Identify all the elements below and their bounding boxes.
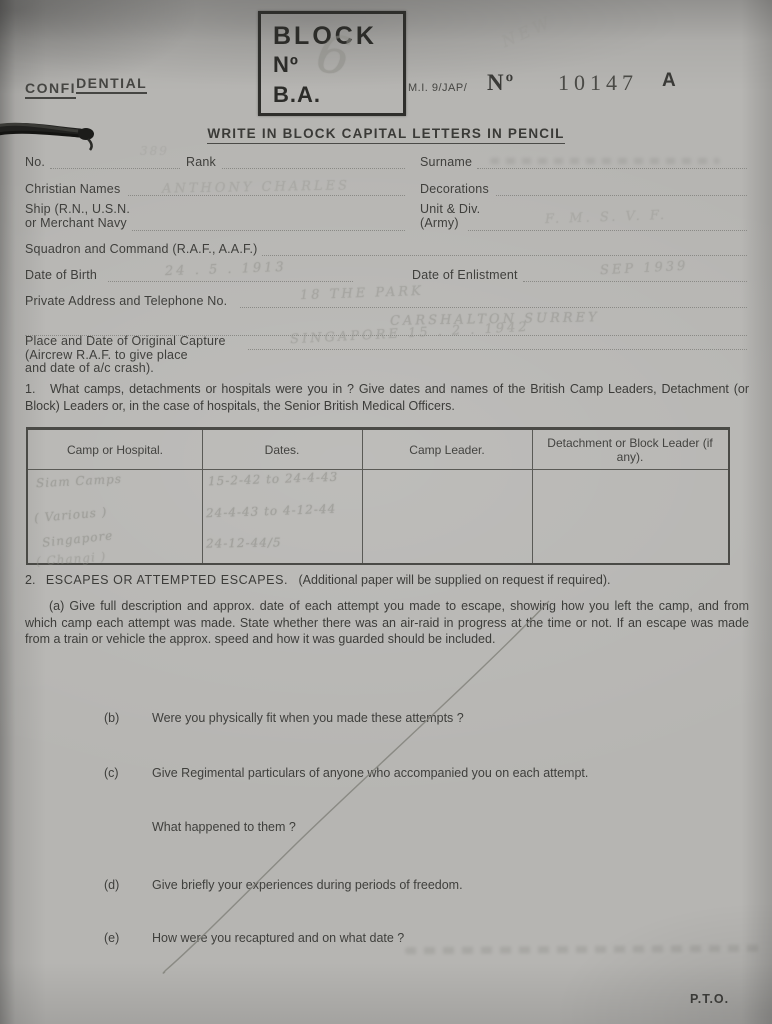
field-line-decorations [496, 182, 747, 196]
question-b-marker: (b) [104, 711, 119, 725]
field-label-unit-2: (Army) [420, 216, 459, 230]
field-label-surname: Surname [420, 155, 472, 169]
field-label-squadron: Squadron and Command (R.A.F., A.A.F.) [25, 242, 258, 256]
question-d-marker: (d) [104, 878, 119, 892]
registry-prefix: M.I. 9/JAP/ [408, 82, 467, 94]
field-label-christian-names: Christian Names [25, 182, 120, 196]
question-e-marker: (e) [104, 931, 119, 945]
question-e-text: How were you recaptured and on what date… [152, 931, 404, 945]
section-2-heading: 2. ESCAPES OR ATTEMPTED ESCAPES. (Additi… [25, 572, 749, 589]
field-line-ship [132, 217, 405, 231]
table-row-dates-line1: 15-2-42 to 24-4-43 [208, 470, 339, 489]
table-header-camp: Camp or Hospital. [28, 430, 202, 469]
table-header-detachment: Detachment or Block Leader (if any). [532, 430, 728, 469]
table-row-dates-line3: 24-12-44/5 [206, 535, 282, 550]
field-label-address: Private Address and Telephone No. [25, 294, 227, 308]
field-line-no [50, 155, 180, 169]
question-1-number: 1. [25, 382, 35, 396]
field-label-capture-2: (Aircrew R.A.F. to give place [25, 348, 188, 362]
field-label-rank: Rank [186, 155, 216, 169]
pto-label: P.T.O. [690, 992, 729, 1006]
field-label-capture-1: Place and Date of Original Capture [25, 334, 226, 348]
field-label-capture-3: and date of a/c crash). [25, 361, 154, 375]
surname-handwriting-smudge [490, 158, 720, 164]
section-2-number: 2. [25, 573, 35, 587]
table-header-leader: Camp Leader. [362, 430, 532, 469]
question-d-text: Give briefly your experiences during per… [152, 878, 463, 892]
table-row-camp-line2: ( Various ) [34, 505, 108, 525]
registry-serial: 10147 [558, 70, 638, 96]
registry-letter: A [662, 70, 676, 92]
bleedthrough-smudge [405, 945, 760, 954]
table-row-camp-line3: Singapore [41, 528, 113, 549]
table-row-camp-line4: ( Changi ) [36, 550, 107, 569]
section-2-note: (Additional paper will be supplied on re… [299, 573, 611, 587]
pencil-note: NEW [498, 12, 555, 51]
form-title: WRITE IN BLOCK CAPITAL LETTERS IN PENCIL [207, 126, 564, 144]
table-row-camp-line1: Siam Camps [36, 472, 123, 490]
pow-questionnaire-form: CONFIDENTIAL BLOCK Nº B.A. 6 NEW M.I. 9/… [0, 0, 772, 1024]
table-header-dates: Dates. [202, 430, 362, 469]
camps-table: Camp or Hospital. Dates. Camp Leader. De… [26, 427, 730, 565]
question-c-marker: (c) [104, 766, 119, 780]
question-2a: (a) Give full description and approx. da… [25, 598, 749, 648]
field-line-squadron [262, 242, 747, 256]
question-c2-text: What happened to them ? [152, 820, 296, 834]
field-label-ship-1: Ship (R.N., U.S.N. [25, 202, 130, 216]
question-b-text: Were you physically fit when you made th… [152, 711, 464, 725]
question-c-text: Give Regimental particulars of anyone wh… [152, 766, 588, 780]
form-title-wrap: WRITE IN BLOCK CAPITAL LETTERS IN PENCIL [0, 125, 772, 143]
question-1: 1. What camps, detachments or hospitals … [25, 381, 749, 414]
confidential-part1: CONFI [25, 80, 76, 99]
field-label-decorations: Decorations [420, 182, 489, 196]
confidential-stamp: CONFIDENTIAL [25, 80, 147, 96]
field-label-unit-1: Unit & Div. [420, 202, 480, 216]
field-label-dob: Date of Birth [25, 268, 97, 282]
confidential-part2: DENTIAL [76, 75, 147, 94]
field-line-rank [222, 155, 405, 169]
table-header-divider [28, 469, 728, 470]
question-1-text: What camps, detachments or hospitals wer… [25, 382, 749, 413]
registry-no-label: Nº [487, 70, 515, 96]
field-label-enlistment: Date of Enlistment [412, 268, 518, 282]
section-2-title: ESCAPES OR ATTEMPTED ESCAPES. [46, 573, 288, 587]
field-label-no: No. [25, 155, 45, 169]
table-row-dates-line2: 24-4-43 to 4-12-44 [206, 502, 337, 521]
field-label-ship-2: or Merchant Navy [25, 216, 127, 230]
